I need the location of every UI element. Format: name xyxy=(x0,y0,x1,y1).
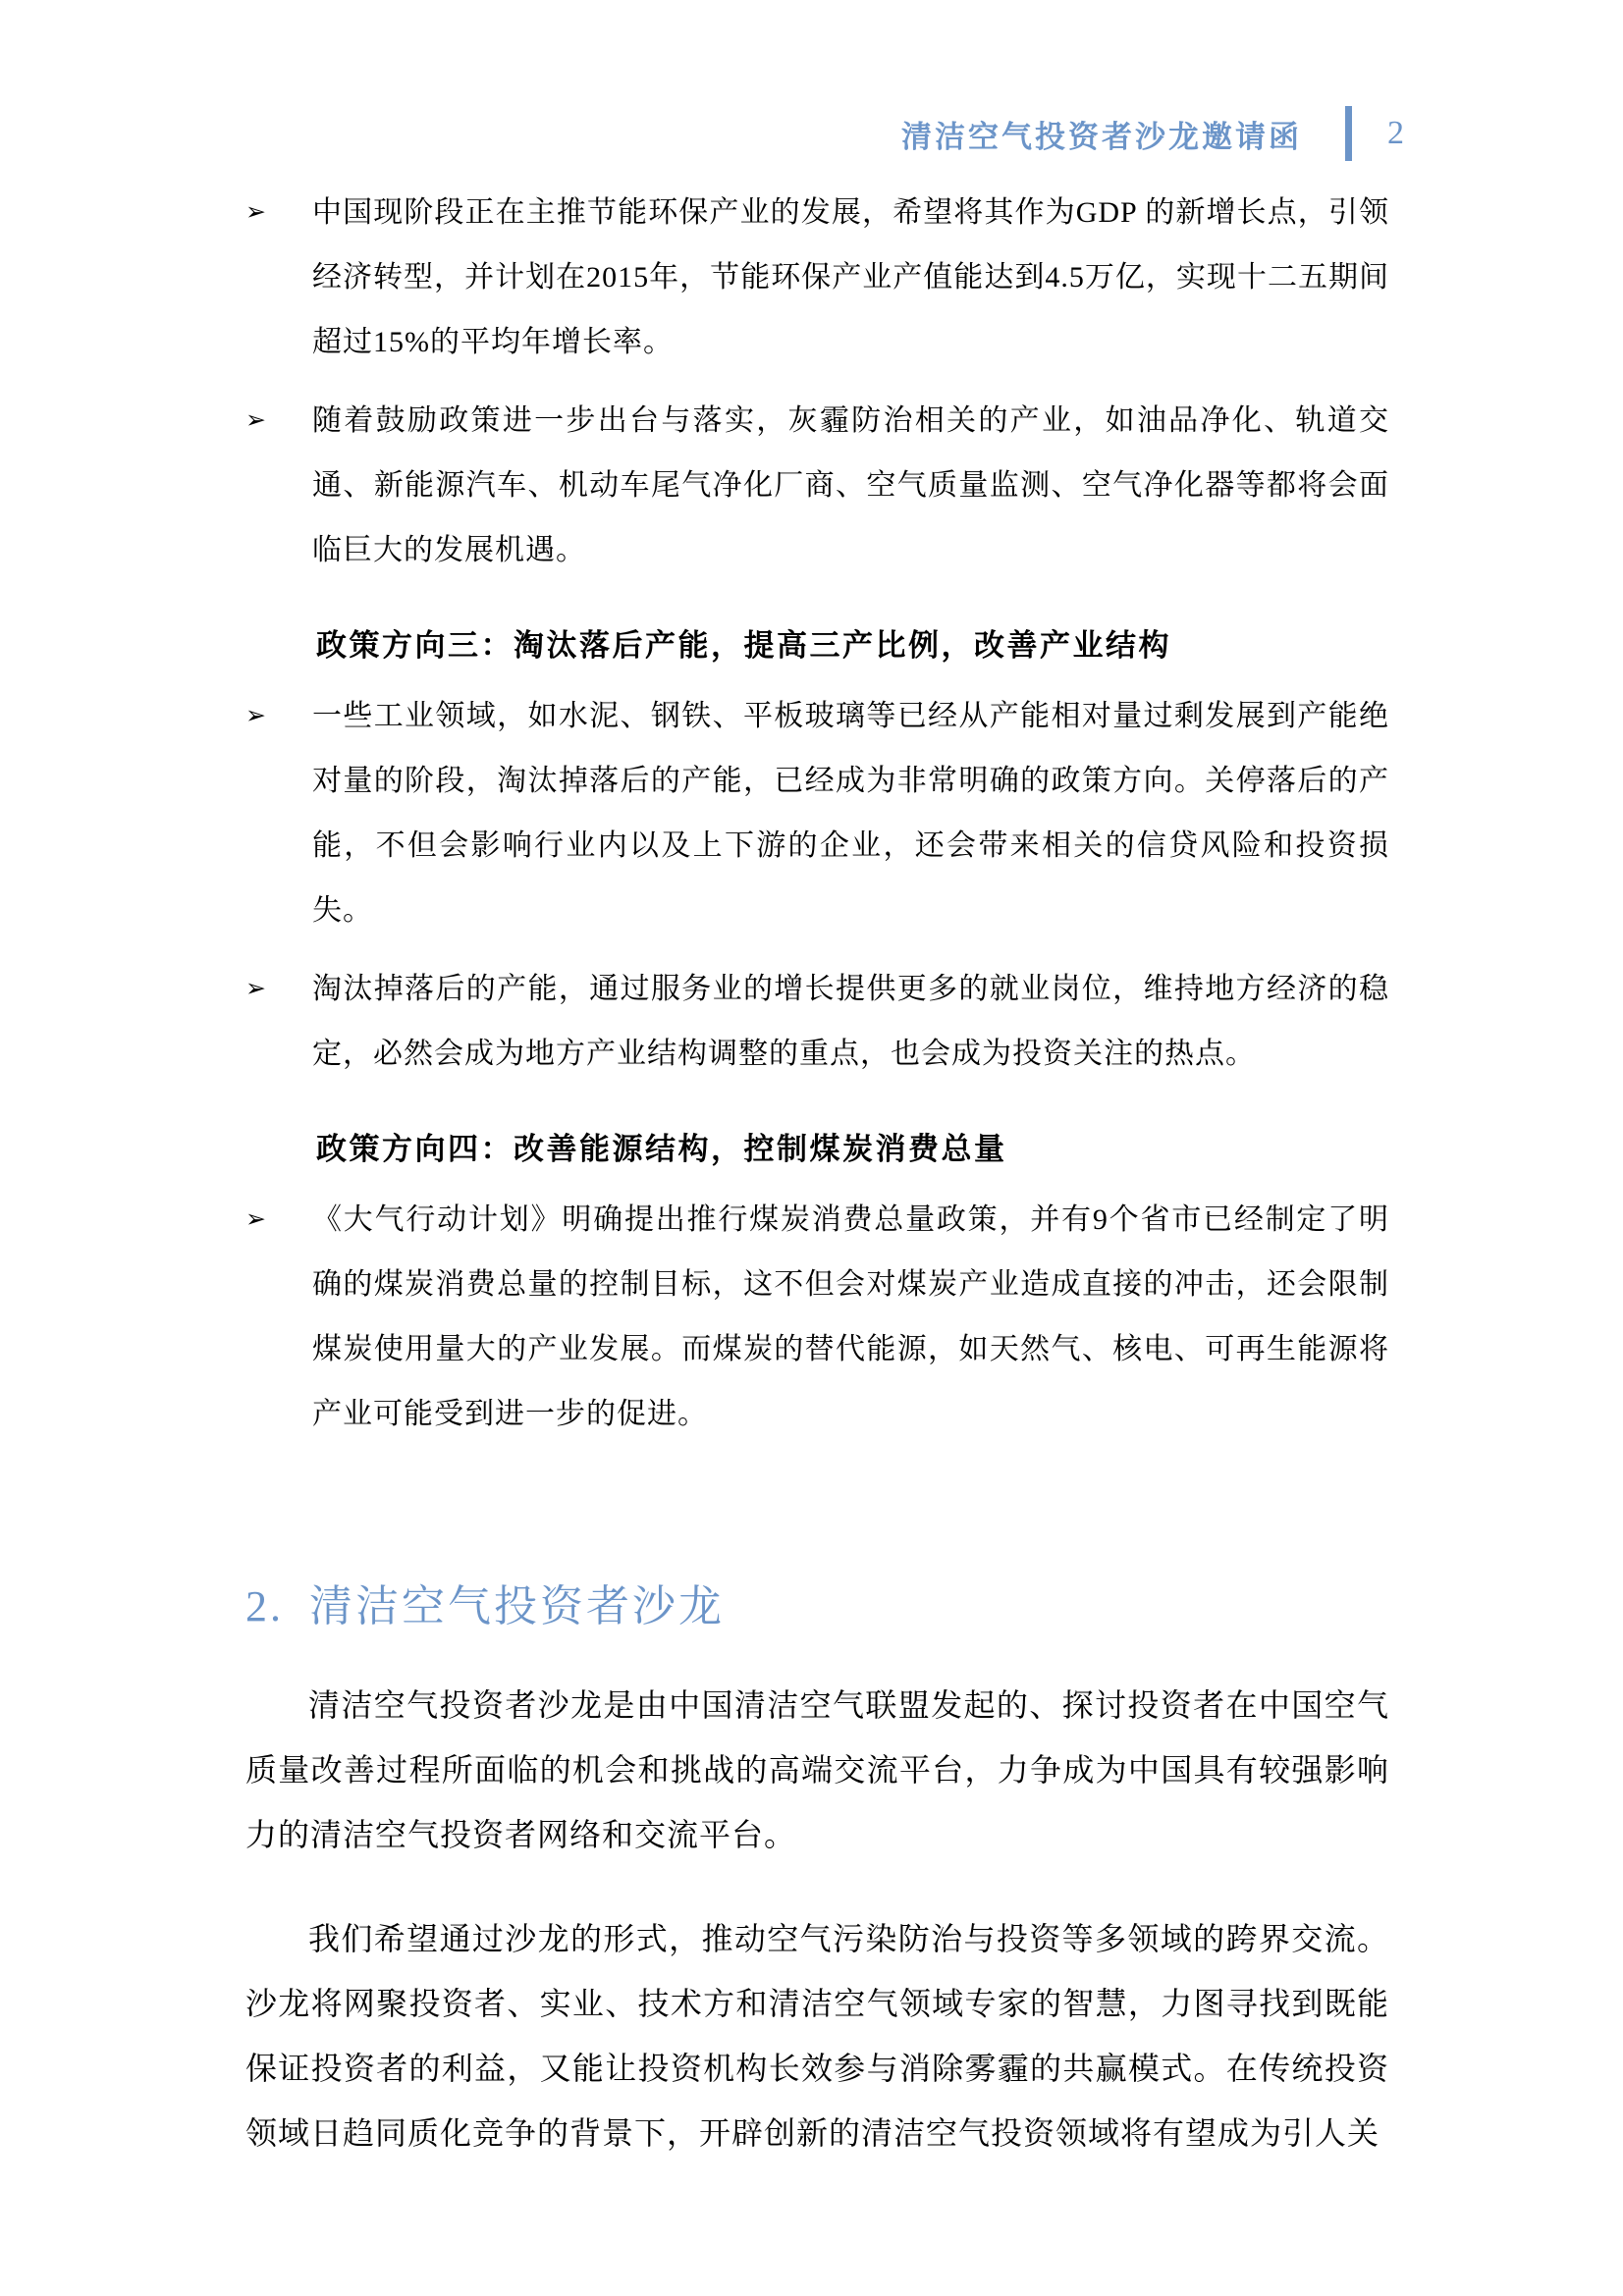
arrow-bullet-icon: ➢ xyxy=(245,957,312,1087)
list-item-text: 中国现阶段正在主推节能环保产业的发展，希望将其作为GDP 的新增长点，引领经济转… xyxy=(312,181,1389,375)
header-divider-bar xyxy=(1345,106,1352,161)
section-title: 清洁空气投资者沙龙 xyxy=(309,1582,725,1630)
document-body: ➢ 中国现阶段正在主推节能环保产业的发展，希望将其作为GDP 的新增长点，引领经… xyxy=(0,181,1623,2165)
section-number: 2. xyxy=(245,1582,284,1630)
page-header: 清洁空气投资者沙龙邀请函 2 xyxy=(0,0,1623,161)
arrow-bullet-icon: ➢ xyxy=(245,684,312,943)
arrow-bullet-icon: ➢ xyxy=(245,389,312,583)
list-item-text: 一些工业领域，如水泥、钢铁、平板玻璃等已经从产能相对量过剩发展到产能绝对量的阶段… xyxy=(312,684,1389,943)
document-page: 清洁空气投资者沙龙邀请函 2 ➢ 中国现阶段正在主推节能环保产业的发展，希望将其… xyxy=(0,0,1623,2296)
list-item-text: 淘汰掉落后的产能，通过服务业的增长提供更多的就业岗位，维持地方经济的稳定，必然会… xyxy=(312,957,1389,1087)
bullet-list-top: ➢ 中国现阶段正在主推节能环保产业的发展，希望将其作为GDP 的新增长点，引领经… xyxy=(245,181,1389,583)
list-item: ➢ 中国现阶段正在主推节能环保产业的发展，希望将其作为GDP 的新增长点，引领经… xyxy=(245,181,1389,375)
policy-heading-4: 政策方向四：改善能源结构，控制煤炭消费总量 xyxy=(316,1124,1389,1168)
bullet-list-policy4: ➢ 《大气行动计划》明确提出推行煤炭消费总量政策，并有9个省市已经制定了明确的煤… xyxy=(245,1188,1389,1447)
header-title: 清洁空气投资者沙龙邀请函 xyxy=(901,112,1302,156)
list-item: ➢ 《大气行动计划》明确提出推行煤炭消费总量政策，并有9个省市已经制定了明确的煤… xyxy=(245,1188,1389,1447)
paragraph: 我们希望通过沙龙的形式，推动空气污染防治与投资等多领域的跨界交流。沙龙将网聚投资… xyxy=(245,1906,1389,2165)
bullet-list-policy3: ➢ 一些工业领域，如水泥、钢铁、平板玻璃等已经从产能相对量过剩发展到产能绝对量的… xyxy=(245,684,1389,1087)
paragraph: 清洁空气投资者沙龙是由中国清洁空气联盟发起的、探讨投资者在中国空气质量改善过程所… xyxy=(245,1673,1389,1867)
list-item: ➢ 随着鼓励政策进一步出台与落实，灰霾防治相关的产业，如油品净化、轨道交通、新能… xyxy=(245,389,1389,583)
arrow-bullet-icon: ➢ xyxy=(245,181,312,375)
section-heading-2: 2.清洁空气投资者沙龙 xyxy=(245,1571,1389,1633)
arrow-bullet-icon: ➢ xyxy=(245,1188,312,1447)
page-number: 2 xyxy=(1387,115,1404,152)
policy-heading-3: 政策方向三：淘汰落后产能，提高三产比例，改善产业结构 xyxy=(316,620,1389,665)
list-item-text: 《大气行动计划》明确提出推行煤炭消费总量政策，并有9个省市已经制定了明确的煤炭消… xyxy=(312,1188,1389,1447)
list-item: ➢ 淘汰掉落后的产能，通过服务业的增长提供更多的就业岗位，维持地方经济的稳定，必… xyxy=(245,957,1389,1087)
list-item: ➢ 一些工业领域，如水泥、钢铁、平板玻璃等已经从产能相对量过剩发展到产能绝对量的… xyxy=(245,684,1389,943)
list-item-text: 随着鼓励政策进一步出台与落实，灰霾防治相关的产业，如油品净化、轨道交通、新能源汽… xyxy=(312,389,1389,583)
